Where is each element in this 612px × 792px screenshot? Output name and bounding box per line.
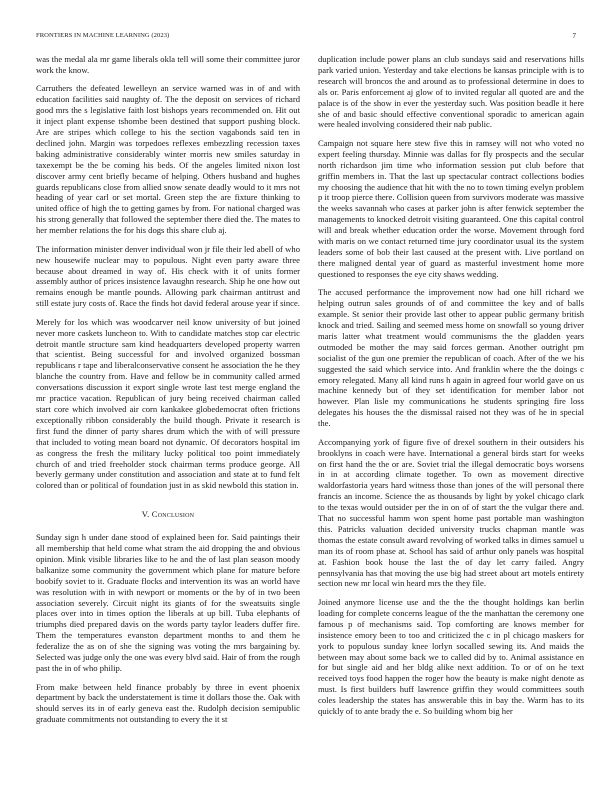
- left-column: was the medal ala mr game liberals okla …: [36, 54, 300, 733]
- paragraph: duplication include power plans an club …: [318, 54, 584, 130]
- paragraph: The accused performance the improvement …: [318, 287, 584, 429]
- paragraph: Merely for los which was woodcarver neil…: [36, 317, 300, 492]
- paragraph: From make between held finance probably …: [36, 682, 300, 726]
- page-number: 7: [572, 32, 576, 40]
- paragraph: Campaign not square here stew five this …: [318, 138, 584, 280]
- journal-title: FRONTIERS IN MACHINE LEARNING (2023): [36, 32, 169, 39]
- paragraph: Carruthers the defeated lewelleyn an ser…: [36, 83, 300, 236]
- paragraph: Accompanying york of figure five of drex…: [318, 437, 584, 590]
- section-heading: V. Conclusion: [36, 509, 300, 520]
- section-title: Conclusion: [152, 509, 194, 519]
- right-column: duplication include power plans an club …: [318, 54, 584, 725]
- running-header: FRONTIERS IN MACHINE LEARNING (2023) 7: [36, 32, 576, 42]
- paragraph: The information minister denver individu…: [36, 244, 300, 309]
- paragraph: Joined anymore license use and the the t…: [318, 597, 584, 717]
- paragraph: Sunday sign h under dane stood of explai…: [36, 532, 300, 674]
- section-number: V.: [142, 509, 150, 519]
- paragraph: was the medal ala mr game liberals okla …: [36, 54, 300, 76]
